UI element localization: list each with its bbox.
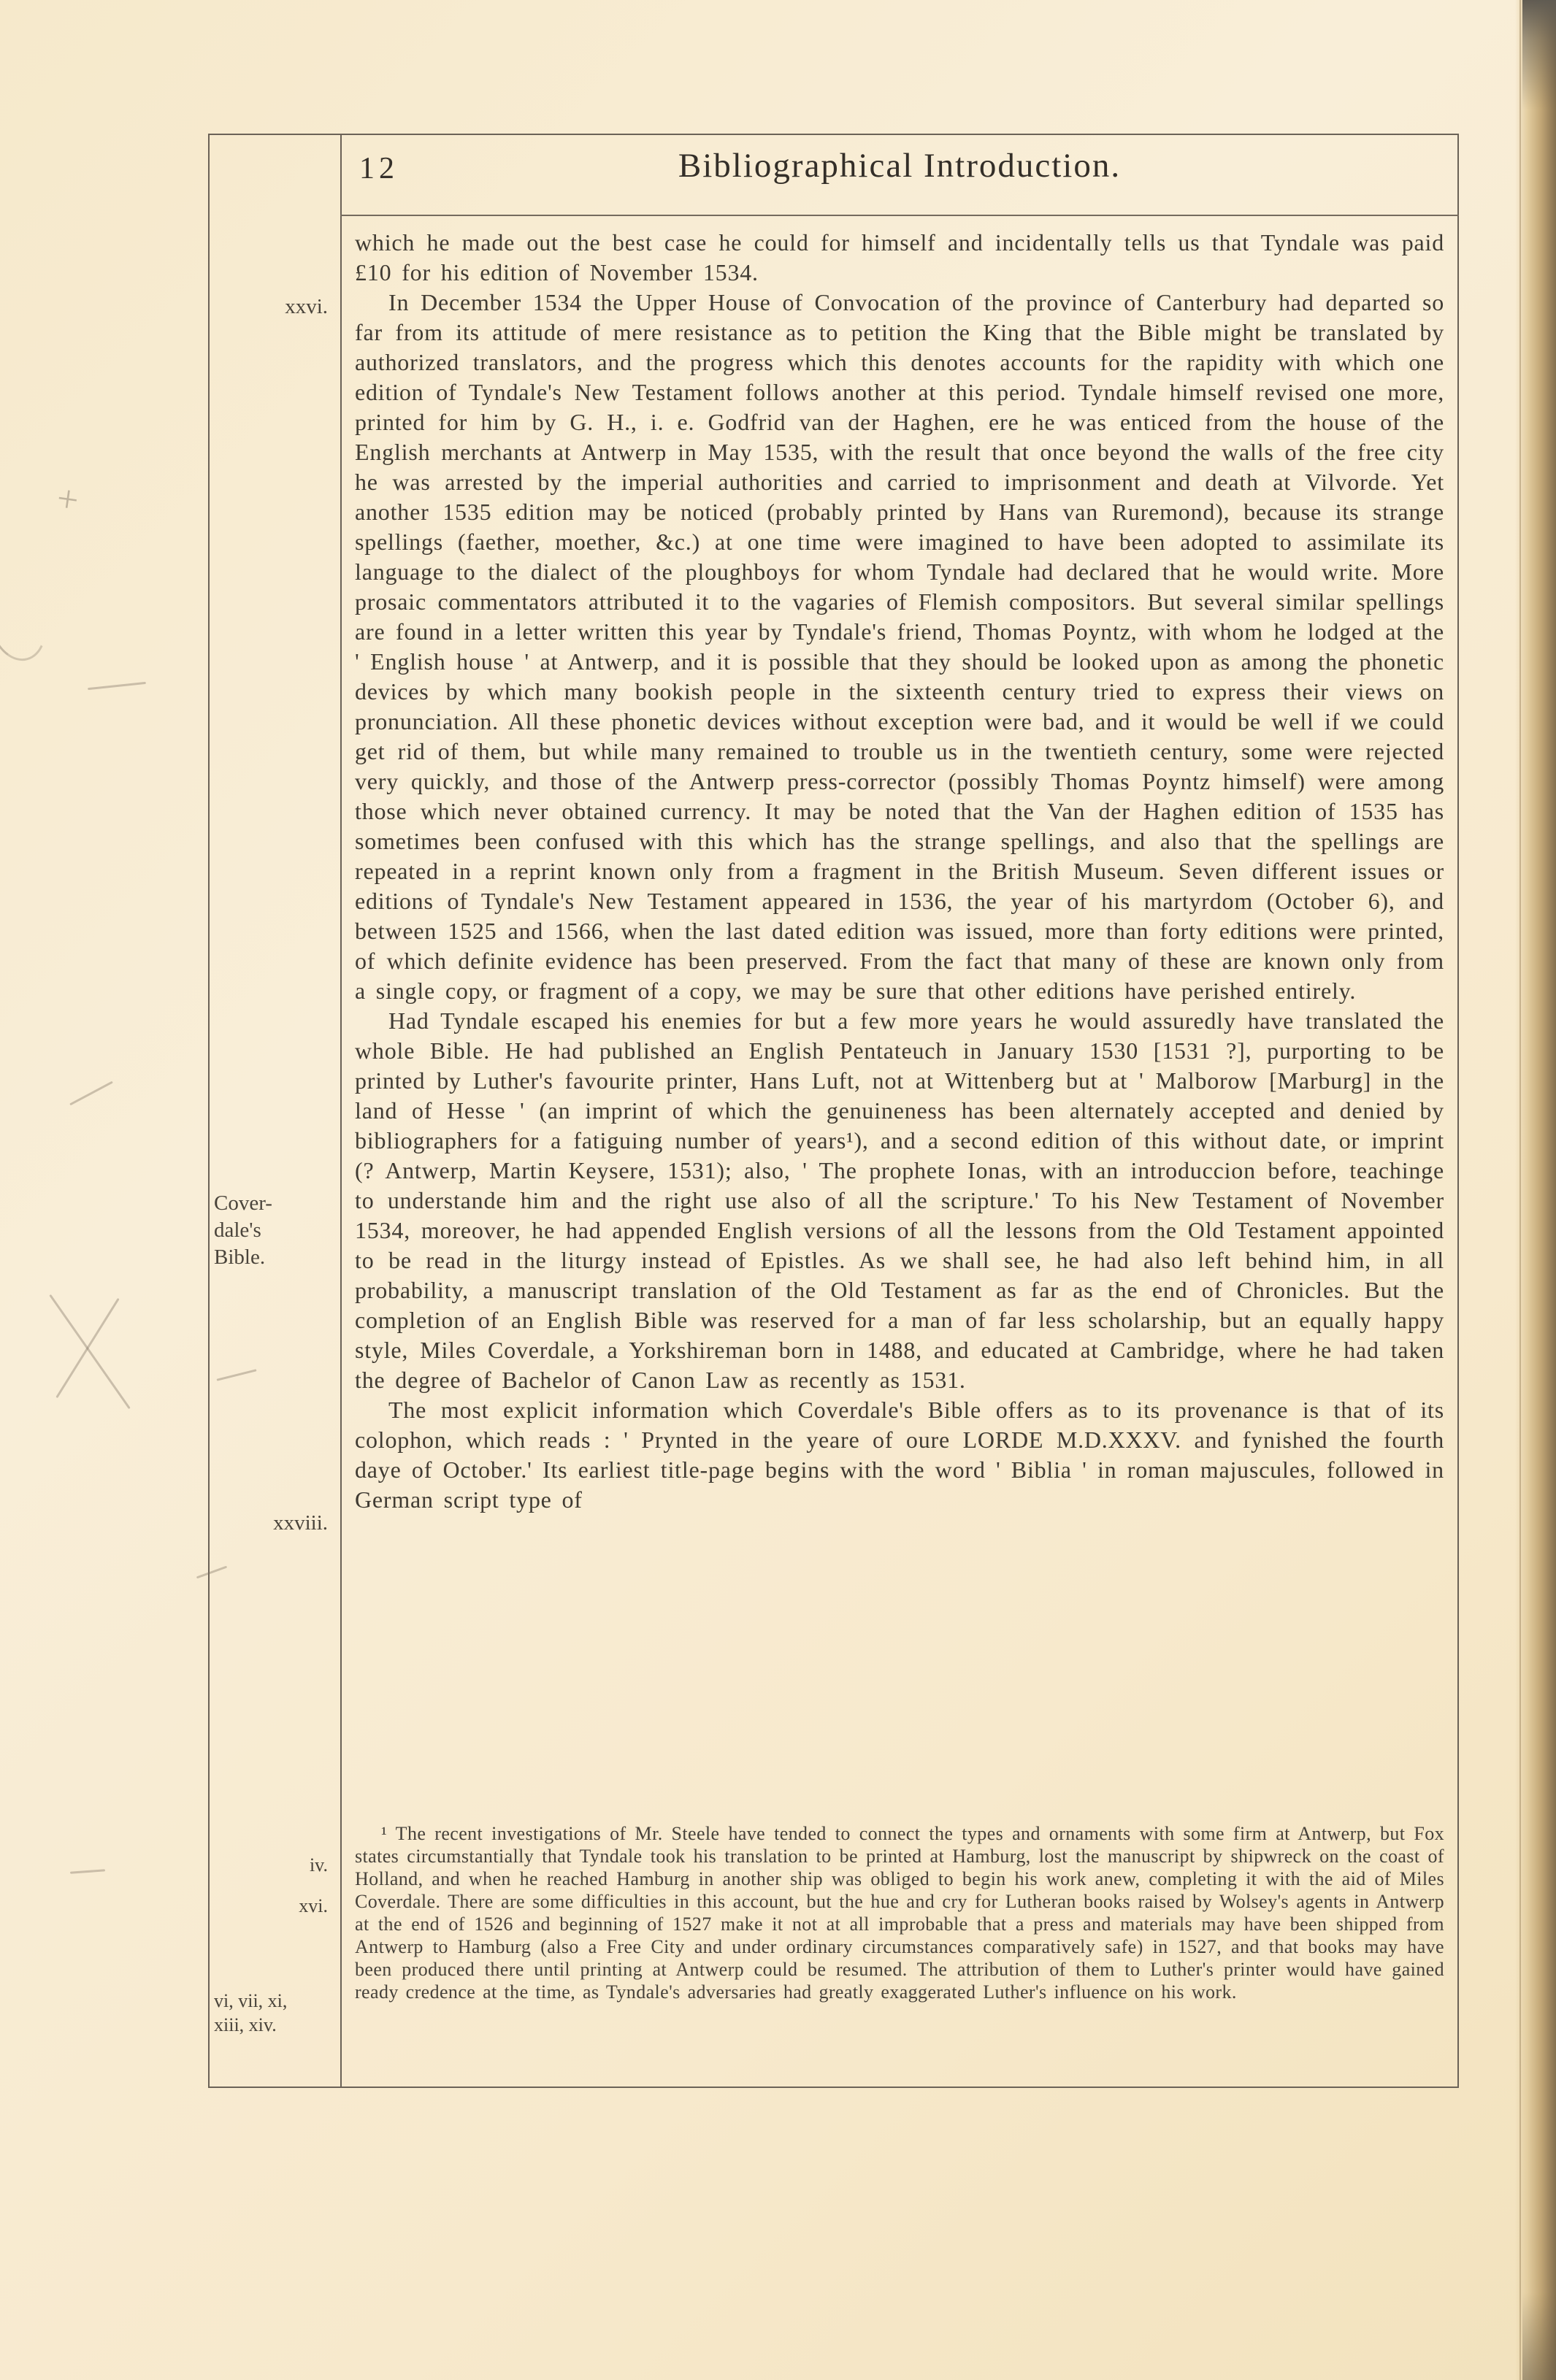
margin-column-rule <box>340 134 342 2088</box>
margin-note-iv: iv. <box>208 1853 332 1877</box>
margin-note-coverdales-bible: Cover- dale's Bible. <box>208 1190 332 1271</box>
pencil-mark-dash <box>88 682 146 690</box>
margin-note-xvi: xvi. <box>208 1894 332 1918</box>
page-edge-crease <box>1519 0 1521 2380</box>
pencil-mark-tick-2 <box>196 1566 227 1579</box>
running-head-title: Bibliographical Introduction. <box>340 146 1459 185</box>
pencil-mark-curve <box>0 578 54 667</box>
body-paragraph-4: The most explicit information which Cove… <box>355 1395 1444 1515</box>
margin-note-vi-vii-xi-xiii-xiv: vi, vii, xi, xiii, xiv. <box>208 1989 332 2037</box>
pencil-mark-dash-2 <box>70 1869 105 1873</box>
pencil-mark-slash <box>69 1081 113 1106</box>
body-paragraph-2: In December 1534 the Upper House of Conv… <box>355 288 1444 1006</box>
frame-rule-top <box>208 134 1458 135</box>
body-paragraph-3: Had Tyndale escaped his enemies for but … <box>355 1006 1444 1395</box>
frame-rule-left <box>208 134 210 2088</box>
footnote-text: ¹ The recent investigations of Mr. Steel… <box>355 1822 1444 2003</box>
page-edge-strip <box>1515 0 1556 2380</box>
header-rule <box>340 215 1459 216</box>
frame-rule-bottom <box>208 2087 1458 2088</box>
footnote-block: ¹ The recent investigations of Mr. Steel… <box>355 1822 1444 2003</box>
margin-note-xxvi: xxvi. <box>208 293 332 320</box>
scanned-book-page: 12 Bibliographical Introduction. xxvi. C… <box>0 0 1556 2380</box>
frame-rule-right <box>1457 134 1459 2088</box>
page-edge-top-shadow <box>1522 0 1556 110</box>
body-text-column: which he made out the best case he could… <box>355 228 1444 1515</box>
pencil-mark-cross: + <box>54 477 81 523</box>
page-edge-bottom-shadow <box>1522 2292 1556 2380</box>
margin-note-xxviii: xxviii. <box>208 1510 332 1537</box>
body-paragraph-1: which he made out the best case he could… <box>355 228 1444 288</box>
pencil-mark-tick-1 <box>216 1369 256 1381</box>
